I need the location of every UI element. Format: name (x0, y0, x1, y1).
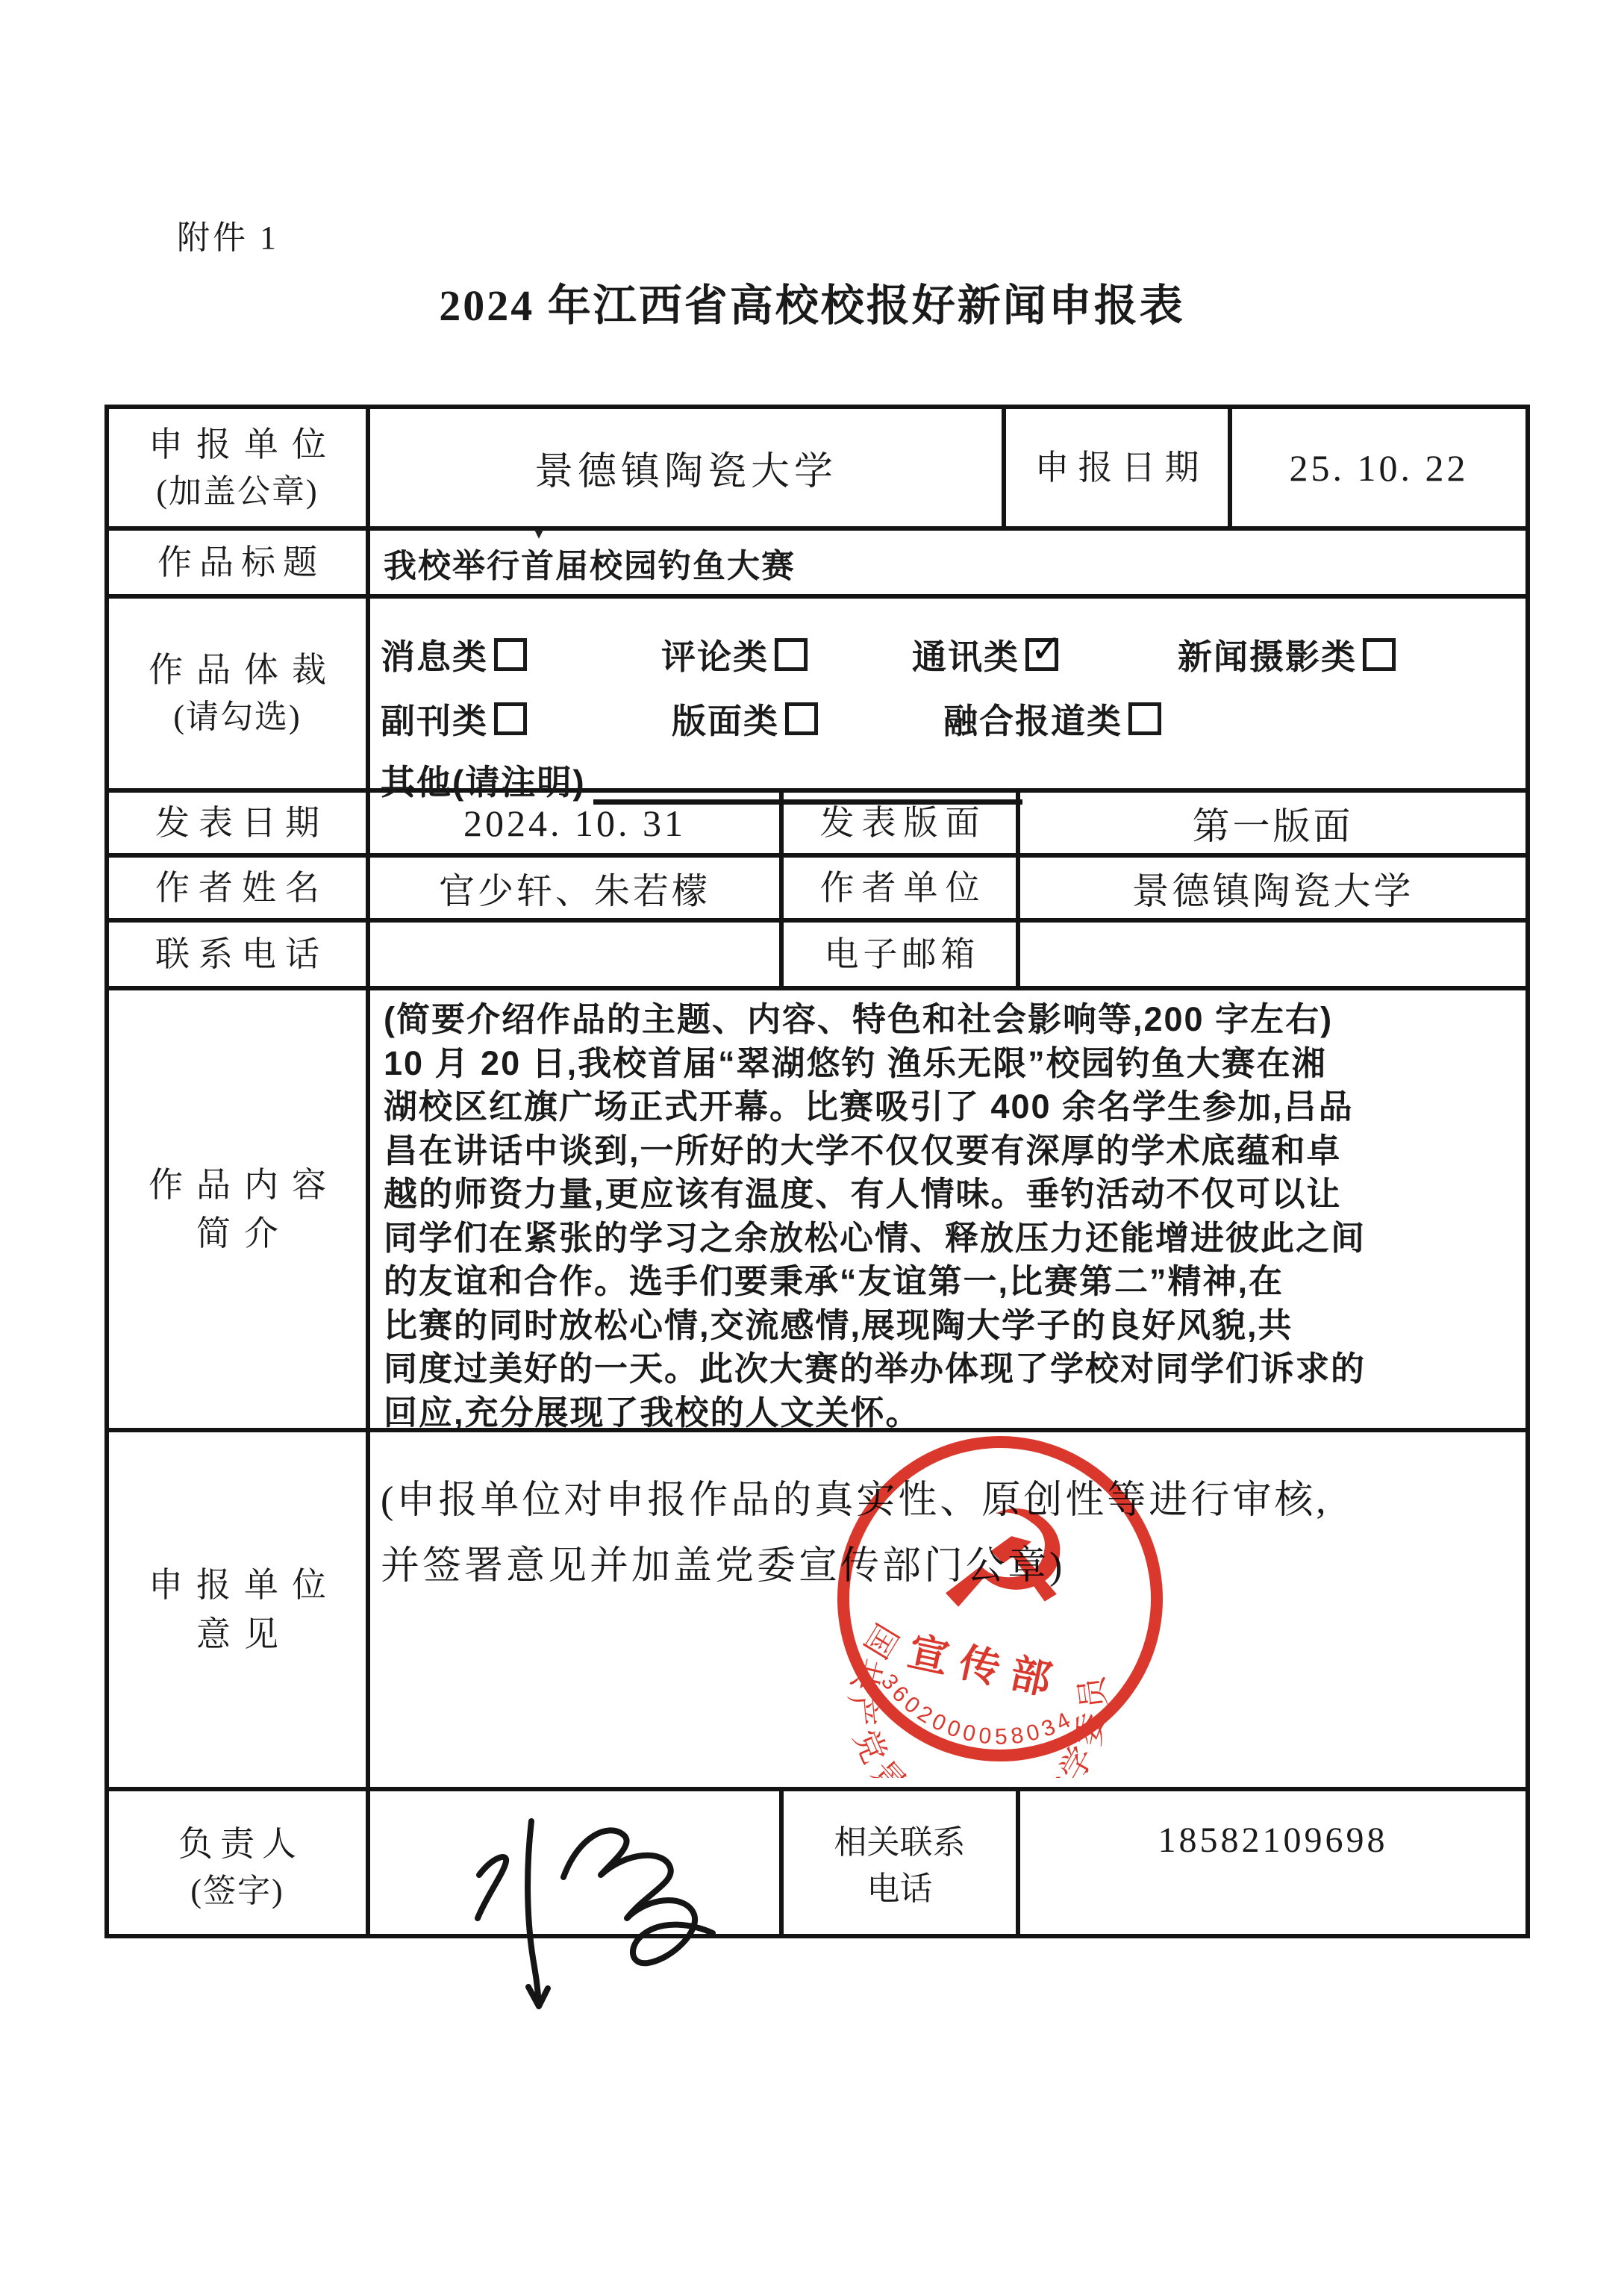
genre-option-label: 通讯类 (912, 630, 1019, 679)
checkbox-empty (1128, 702, 1161, 735)
text-line: 越的师资力量,更应该有温度、有人情味。垂钓活动不仅可以让 (384, 1173, 1342, 1217)
genre-option-label: 版面类 (672, 694, 779, 743)
publish-date-label-cell: 发表日期 (109, 793, 370, 853)
signature-stroke (478, 1857, 506, 1918)
publish-date-value: 2024. 10. 31 (463, 802, 686, 845)
checkbox-empty (785, 702, 818, 735)
author-unit-value: 景德镇陶瓷大学 (1132, 861, 1414, 915)
genre-option: 副刊类 (381, 694, 527, 743)
responsible-label-cell: 负责人 (签字) (109, 1791, 370, 1934)
field-label-sub: (加盖公章) (156, 469, 318, 515)
publish-page-value-cell: 第一版面 (1020, 793, 1525, 853)
work-title-value-cell: 我校举行首届校园钓鱼大赛 (370, 531, 1525, 594)
scan-artifact-caret: ▾ (534, 522, 543, 543)
table-row: 申报单位 (加盖公章) 景德镇陶瓷大学 申报日期 25. 10. 22 (109, 409, 1525, 531)
author-name-value: 官少轩、朱若檬 (439, 862, 710, 914)
genre-option: 消息类 (381, 630, 527, 679)
official-seal: 中国共产党景德镇陶瓷大学委员会 ☭ 宣传部 3602000058034 (821, 1420, 1179, 1778)
signature-stroke (528, 1821, 548, 2006)
attachment-note: 附件 1 (177, 210, 279, 258)
declare-unit-value: 景德镇陶瓷大学 (534, 440, 837, 496)
field-label: 意见 (183, 1610, 292, 1658)
genre-option-label: 新闻摄影类 (1178, 630, 1357, 679)
text-line: (简要介绍作品的主题、内容、特色和社会影响等,200 字左右) (384, 998, 1333, 1042)
genre-options-cell: 消息类评论类通讯类✓新闻摄影类副刊类版面类融合报道类 其他(请注明) (370, 599, 1525, 788)
genre-option-label: 融合报道类 (943, 694, 1122, 743)
publish-date-value-cell: 2024. 10. 31 (370, 793, 784, 853)
summary-label-cell: 作品内容 简介 (109, 990, 370, 1428)
publish-page-value: 第一版面 (1193, 796, 1354, 850)
genre-option-label: 评论类 (661, 630, 769, 679)
table-row: 作者姓名 官少轩、朱若檬 作者单位 景德镇陶瓷大学 (109, 858, 1525, 923)
table-row: 作品体裁 (请勾选) 消息类评论类通讯类✓新闻摄影类副刊类版面类融合报道类 其他… (109, 599, 1525, 793)
checkbox-empty (494, 638, 527, 671)
author-name-value-cell: 官少轩、朱若檬 (370, 858, 784, 918)
genre-option: 评论类 (661, 630, 808, 679)
email-value-cell (1020, 923, 1525, 986)
field-label: 发表版面 (813, 799, 987, 847)
table-row: 申报单位 意见 (申报单位对申报作品的真实性、原创性等进行审核,并签署意见并加盖… (109, 1432, 1525, 1791)
table-row: 发表日期 2024. 10. 31 发表版面 第一版面 (109, 793, 1525, 858)
declare-date-value-cell: 25. 10. 22 (1232, 409, 1525, 526)
opinion-label-cell: 申报单位 意见 (109, 1432, 370, 1787)
table-row: 作品标题 我校举行首届校园钓鱼大赛 (109, 531, 1525, 599)
declare-unit-label-cell: 申报单位 (加盖公章) (109, 409, 370, 526)
page-title: 2024 年江西省高校校报好新闻申报表 (0, 270, 1624, 333)
genre-option-lines: 消息类评论类通讯类✓新闻摄影类副刊类版面类融合报道类 (381, 633, 1396, 761)
field-label: 作者单位 (813, 864, 987, 912)
genre-option: 通讯类✓ (912, 630, 1058, 679)
declare-date-label-cell: 申报日期 (1006, 409, 1232, 526)
genre-option: 融合报道类 (943, 694, 1161, 743)
field-label: 简介 (183, 1209, 292, 1258)
text-line: 昌在讲话中谈到,一所好的大学不仅仅要有深厚的学术底蕴和卓 (384, 1129, 1342, 1173)
genre-option-line: 副刊类版面类融合报道类 (381, 697, 1396, 740)
genre-label-cell: 作品体裁 (请勾选) (109, 599, 370, 788)
field-label: 作品标题 (150, 538, 325, 587)
declare-date-value: 25. 10. 22 (1290, 446, 1469, 490)
work-title-value: 我校举行首届校园钓鱼大赛 (370, 539, 796, 587)
text-line: 10 月 20 日,我校首届“翠湖悠钓 渔乐无限”校园钓鱼大赛在湘 (384, 1042, 1327, 1086)
field-label: 申报单位 (135, 420, 340, 469)
author-name-label-cell: 作者姓名 (109, 858, 370, 918)
text-line: 湖校区红旗广场正式开幕。比赛吸引了 400 余名学生参加,吕品 (384, 1085, 1354, 1129)
genre-option: 版面类 (672, 694, 818, 743)
field-label: 作品体裁 (135, 646, 340, 694)
field-label: 作品内容 (135, 1161, 340, 1209)
publish-page-label-cell: 发表版面 (784, 793, 1020, 853)
field-label: 发表日期 (146, 799, 328, 847)
field-label: 电子邮箱 (820, 930, 980, 979)
checkmark-icon: ✓ (1030, 627, 1063, 672)
declare-unit-value-cell: 景德镇陶瓷大学 (370, 409, 1006, 526)
contact-phone-value: 18582109698 (1158, 1820, 1388, 1861)
checkbox-empty (775, 638, 808, 671)
handwritten-signature (448, 1806, 731, 2030)
table-row: 负责人 (签字) 相关联系 电话 18582109698 (109, 1791, 1525, 1934)
field-label: 相关联系 (834, 1820, 966, 1866)
summary-text-cell: (简要介绍作品的主题、内容、特色和社会影响等,200 字左右)10 月 20 日… (370, 990, 1525, 1428)
table-row: 联系电话 电子邮箱 (109, 923, 1525, 990)
genre-option: 新闻摄影类 (1178, 630, 1396, 679)
field-label-sub: (请勾选) (173, 694, 301, 740)
author-unit-value-cell: 景德镇陶瓷大学 (1020, 858, 1525, 918)
field-label: 作者姓名 (146, 864, 328, 912)
field-label: 联系电话 (146, 930, 328, 979)
checkbox-empty (1363, 638, 1396, 671)
field-label: 申报单位 (135, 1561, 340, 1609)
contact-phone-value-cell: 18582109698 (1020, 1791, 1525, 1934)
field-label: 电话 (867, 1866, 933, 1912)
text-line: 同度过美好的一天。此次大赛的举办体现了学校对同学们诉求的 (384, 1347, 1366, 1391)
scanned-form-page: 附件 1 2024 年江西省高校校报好新闻申报表 申报单位 (加盖公章) 景德镇… (0, 0, 1624, 2272)
contact-label-cell: 相关联系 电话 (784, 1791, 1020, 1934)
text-line: 比赛的同时放松心情,交流感情,展现陶大学子的良好风貌,共 (384, 1304, 1293, 1348)
phone-label-cell: 联系电话 (109, 923, 370, 986)
checkbox-empty (494, 702, 527, 735)
field-label: 负责人 (171, 1820, 304, 1868)
field-label-sub: (签字) (190, 1868, 284, 1914)
work-title-label-cell: 作品标题 (109, 531, 370, 594)
checkbox-checked: ✓ (1025, 638, 1058, 671)
field-label: 申报日期 (1026, 443, 1208, 492)
genre-option-label: 副刊类 (381, 694, 488, 743)
genre-option-line: 消息类评论类通讯类✓新闻摄影类 (381, 633, 1396, 676)
application-table: 申报单位 (加盖公章) 景德镇陶瓷大学 申报日期 25. 10. 22 作品标题… (104, 405, 1530, 1938)
table-row: 作品内容 简介 (简要介绍作品的主题、内容、特色和社会影响等,200 字左右)1… (109, 990, 1525, 1432)
phone-value-cell (370, 923, 784, 986)
genre-option-label: 消息类 (381, 630, 488, 679)
seal-hammer-sickle-icon: ☭ (924, 1466, 1091, 1664)
text-line: 同学们在紧张的学习之余放松心情、释放压力还能增进彼此之间 (384, 1217, 1366, 1261)
email-label-cell: 电子邮箱 (784, 923, 1020, 986)
author-unit-label-cell: 作者单位 (784, 858, 1020, 918)
text-line: 的友谊和合作。选手们要秉承“友谊第一,比赛第二”精神,在 (384, 1260, 1284, 1304)
signature-stroke (563, 1830, 713, 1963)
